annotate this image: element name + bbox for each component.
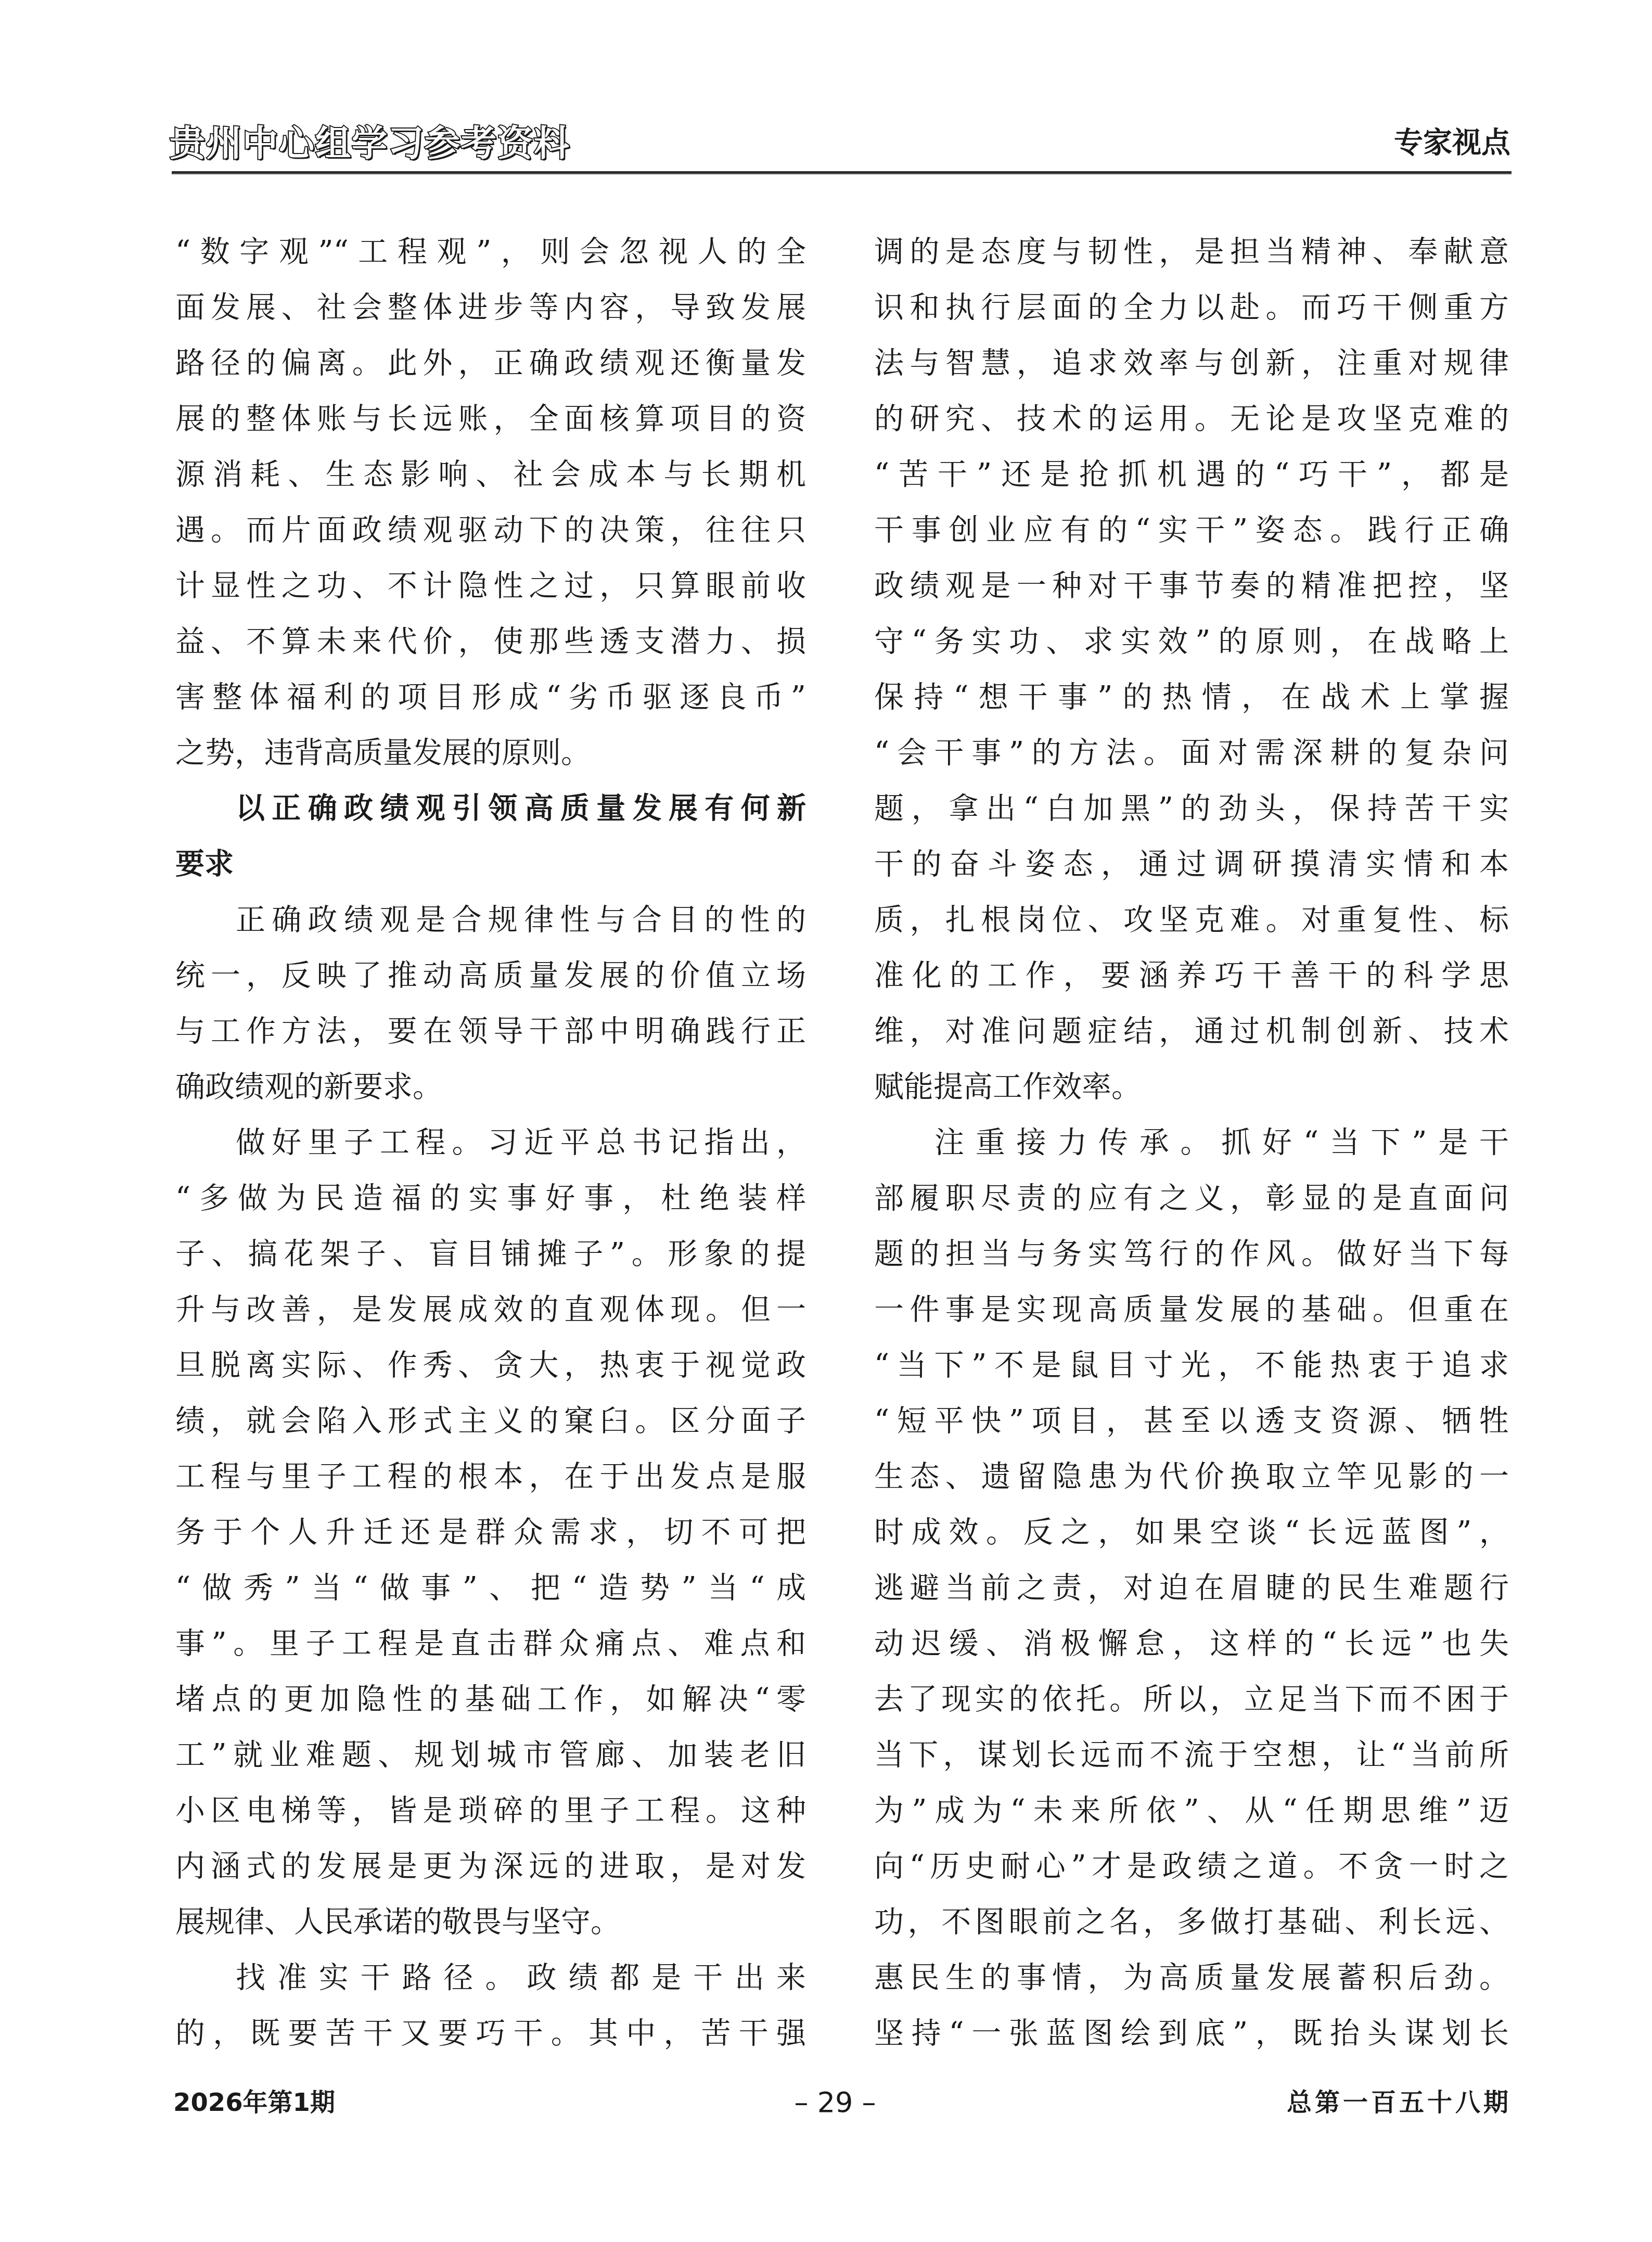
paragraph-line: 维，对准问题症结，通过机制创新、技术	[874, 1013, 1509, 1050]
paragraph-line: 当下，谋划长远而不流于空想，让“当前所	[874, 1736, 1509, 1774]
paragraph-line: 事”。里子工程是直击群众痛点、难点和	[175, 1625, 806, 1662]
paragraph-line: 向“历史耐心”才是政绩之道。不贪一时之	[874, 1848, 1509, 1885]
paragraph-line: 面发展、社会整体进步等内容，导致发展	[175, 289, 806, 326]
paragraph-line: 绩，就会陷入形式主义的窠臼。区分面子	[175, 1402, 806, 1440]
paragraph-line: 害整体福利的项目形成“劣币驱逐良币”	[175, 678, 806, 716]
paragraph-line: 益、不算未来代价，使那些透支潜力、损	[175, 623, 806, 660]
paragraph-line: 确政绩观的新要求。	[175, 1068, 806, 1106]
paragraph-line: 之势，违背高质量发展的原则。	[175, 734, 806, 772]
paragraph-line: “数字观”“工程观”，则会忽视人的全	[175, 233, 806, 271]
paragraph-line: 堵点的更加隐性的基础工作，如解决“零	[175, 1681, 806, 1718]
paragraph-line: 识和执行层面的全力以赴。而巧干侧重方	[874, 289, 1509, 326]
paragraph-line: 干的奋斗姿态，通过调研摸清实情和本	[874, 845, 1509, 883]
header-divider	[172, 171, 1512, 175]
paragraph-line: 内涵式的发展是更为深远的进取，是对发	[175, 1848, 806, 1885]
paragraph-line: 的，既要苦干又要巧干。其中，苦干强	[175, 2015, 806, 2052]
paragraph-line: 的研究、技术的运用。无论是攻坚克难的	[874, 400, 1509, 438]
paragraph-line: 务于个人升迁还是群众需求，切不可把	[175, 1514, 806, 1551]
paragraph-line: 惠民生的事情，为高质量发展蓄积后劲。	[874, 1959, 1509, 1996]
paragraph-line: 注重接力传承。抓好“当下”是干	[874, 1124, 1509, 1161]
paragraph-line: 动迟缓、消极懈怠，这样的“长远”也失	[874, 1625, 1509, 1662]
paragraph-line: “做秀”当“做事”、把“造势”当“成	[175, 1569, 806, 1607]
paragraph-line: 质，扎根岗位、攻坚克难。对重复性、标	[874, 901, 1509, 939]
paragraph-line: “当下”不是鼠目寸光，不能热衷于追求	[874, 1347, 1509, 1384]
section-heading-line: 要求	[175, 845, 806, 883]
section-heading-line: 以正确政绩观引领高质量发展有何新	[175, 790, 806, 827]
paragraph-line: 源消耗、生态影响、社会成本与长期机	[175, 456, 806, 493]
paragraph-line: “会干事”的方法。面对需深耕的复杂问	[874, 734, 1509, 772]
paragraph-line: 功，不图眼前之名，多做打基础、利长远、	[874, 1903, 1509, 1941]
paragraph-line: 干事创业应有的“实干”姿态。践行正确	[874, 511, 1509, 549]
paragraph-line: 政绩观是一种对干事节奏的精准把控，坚	[874, 567, 1509, 605]
paragraph-line: 为”成为“未来所依”、从“任期思维”迈	[874, 1792, 1509, 1829]
paragraph-line: 准化的工作，要涵养巧干善干的科学思	[874, 957, 1509, 994]
paragraph-line: 赋能提高工作效率。	[874, 1068, 1509, 1106]
paragraph-line: 与工作方法，要在领导干部中明确践行正	[175, 1013, 806, 1050]
paragraph-line: 工程与里子工程的根本，在于出发点是服	[175, 1458, 806, 1495]
paragraph-line: 题的担当与务实笃行的作风。做好当下每	[874, 1235, 1509, 1273]
paragraph-line: 旦脱离实际、作秀、贪大，热衷于视觉政	[175, 1347, 806, 1384]
paragraph-line: 统一，反映了推动高质量发展的价值立场	[175, 957, 806, 994]
paragraph-line: 守“务实功、求实效”的原则，在战略上	[874, 623, 1509, 660]
paragraph-line: 路径的偏离。此外，正确政绩观还衡量发	[175, 344, 806, 382]
issue-label: 2026年第1期	[173, 2084, 335, 2121]
paragraph-line: 逃避当前之责，对迫在眉睫的民生难题行	[874, 1569, 1509, 1607]
paragraph-line: “短平快”项目，甚至以透支资源、牺牲	[874, 1402, 1509, 1440]
paragraph-line: 升与改善，是发展成效的直观体现。但一	[175, 1291, 806, 1328]
paragraph-line: 调的是态度与韧性，是担当精神、奉献意	[874, 233, 1509, 271]
paragraph-line: 做好里子工程。习近平总书记指出，	[175, 1124, 806, 1161]
section-label: 专家视点	[1394, 125, 1510, 161]
publication-title: 贵州中心组学习参考资料	[170, 121, 570, 168]
paragraph-line: “苦干”还是抢抓机遇的“巧干”，都是	[874, 456, 1509, 493]
paragraph-line: 展规律、人民承诺的敬畏与坚守。	[175, 1903, 806, 1941]
paragraph-line: 题，拿出“白加黑”的劲头，保持苦干实	[874, 790, 1509, 827]
paragraph-line: “多做为民造福的实事好事，杜绝装样	[175, 1180, 806, 1217]
paragraph-line: 一件事是实现高质量发展的基础。但重在	[874, 1291, 1509, 1328]
paragraph-line: 子、搞花架子、盲目铺摊子”。形象的提	[175, 1235, 806, 1273]
paragraph-line: 正确政绩观是合规律性与合目的性的	[175, 901, 806, 939]
paragraph-line: 去了现实的依托。所以，立足当下而不困于	[874, 1681, 1509, 1718]
paragraph-line: 小区电梯等，皆是琐碎的里子工程。这种	[175, 1792, 806, 1829]
paragraph-line: 找准实干路径。政绩都是干出来	[175, 1959, 806, 1996]
paragraph-line: 部履职尽责的应有之义，彰显的是直面问	[874, 1180, 1509, 1217]
paragraph-line: 时成效。反之，如果空谈“长远蓝图”，	[874, 1514, 1509, 1551]
page-number: – 29 –	[770, 2084, 900, 2121]
paragraph-line: 遇。而片面政绩观驱动下的决策，往往只	[175, 511, 806, 549]
paragraph-line: 法与智慧，追求效率与创新，注重对规律	[874, 344, 1509, 382]
total-issue-label: 总第一百五十八期	[1287, 2084, 1512, 2121]
paragraph-line: 保持“想干事”的热情，在战术上掌握	[874, 678, 1509, 716]
paragraph-line: 生态、遗留隐患为代价换取立竿见影的一	[874, 1458, 1509, 1495]
paragraph-line: 坚持“一张蓝图绘到底”，既抬头谋划长	[874, 2015, 1509, 2052]
paragraph-line: 计显性之功、不计隐性之过，只算眼前收	[175, 567, 806, 605]
paragraph-line: 工”就业难题、规划城市管廊、加装老旧	[175, 1736, 806, 1774]
paragraph-line: 展的整体账与长远账，全面核算项目的资	[175, 400, 806, 438]
